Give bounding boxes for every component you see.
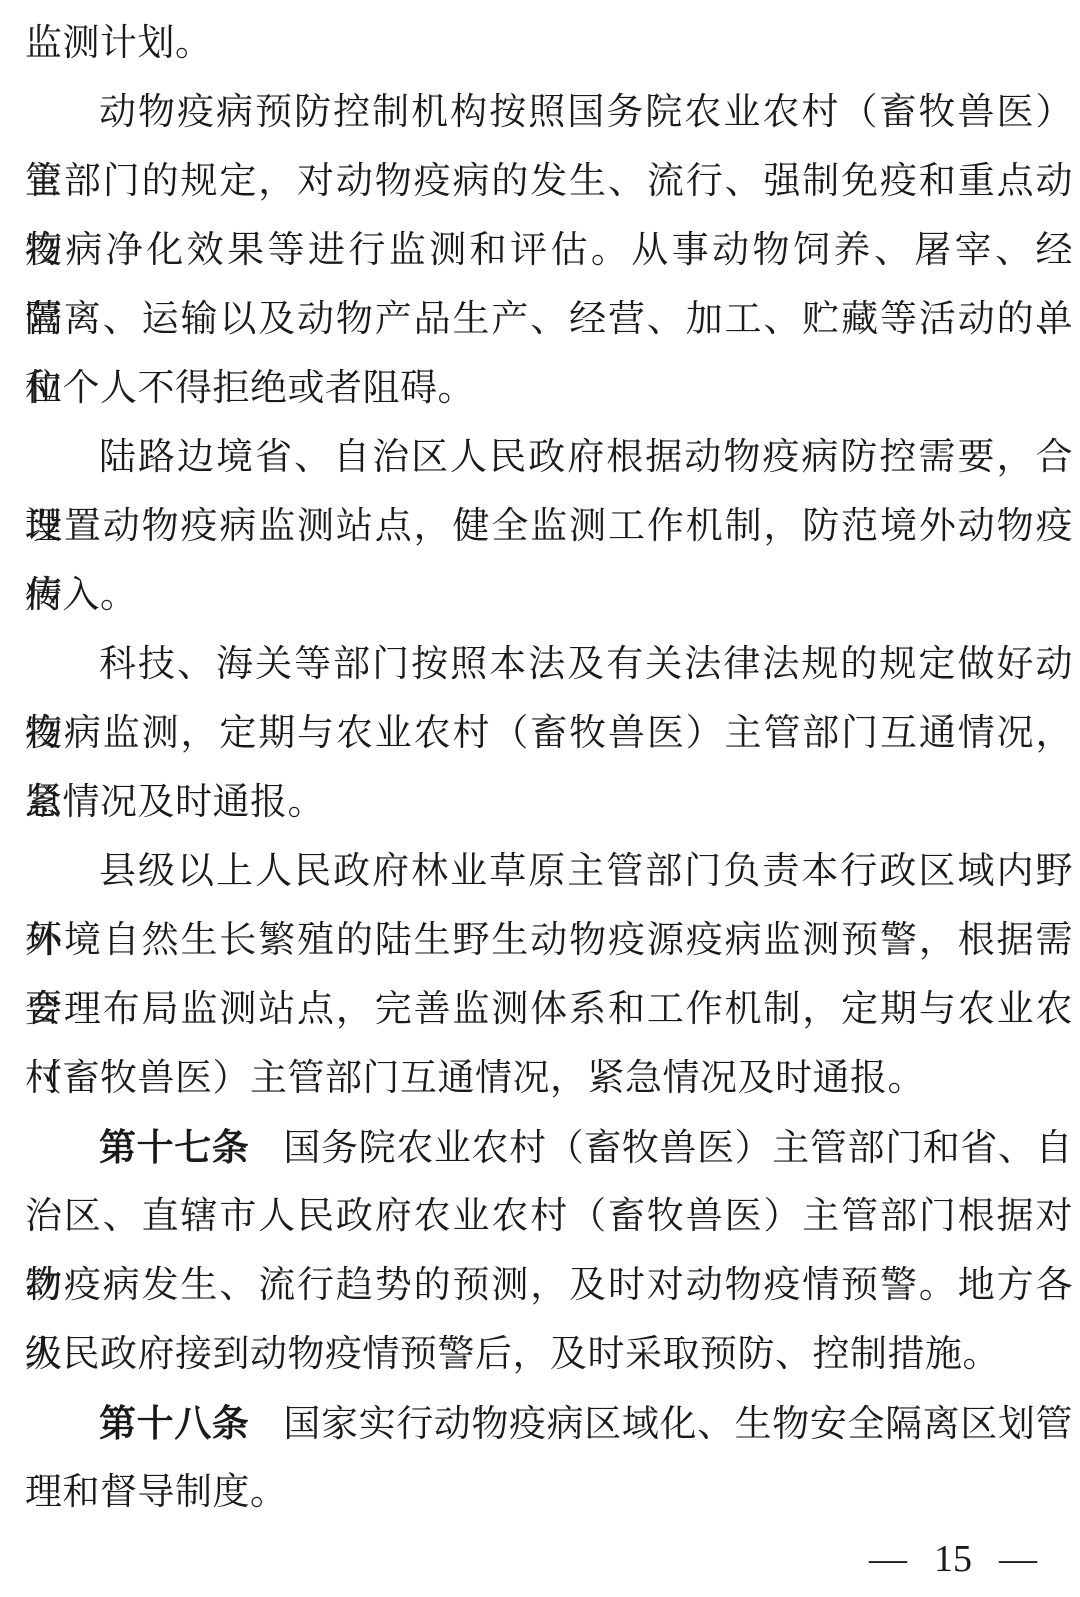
text-line: 动物疫病预防控制机构按照国务院农业农村（畜牧兽医）主 — [25, 78, 1073, 147]
footer-dash-right: — — [999, 1537, 1037, 1581]
article-number: 第十七条 — [99, 1127, 249, 1168]
text-line: 疫病监测，定期与农业农村（畜牧兽医）主管部门互通情况，紧 — [25, 699, 1073, 768]
page-number: 15 — [934, 1537, 972, 1581]
text-line: 第十八条国家实行动物疫病区域化、生物安全隔离区划管 — [25, 1389, 1073, 1458]
text-line: 物疫病发生、流行趋势的预测，及时对动物疫情预警。地方各级 — [25, 1251, 1073, 1320]
document-page: 监测计划。动物疫病预防控制机构按照国务院农业农村（畜牧兽医）主管部门的规定，对动… — [0, 0, 1080, 1597]
text-line: 和个人不得拒绝或者阻碍。 — [25, 354, 1073, 423]
footer-dash-left: — — [869, 1537, 907, 1581]
body-text: 监测计划。动物疫病预防控制机构按照国务院农业农村（畜牧兽医）主管部门的规定，对动… — [25, 9, 1073, 1527]
text-line: 县级以上人民政府林业草原主管部门负责本行政区域内野外 — [25, 837, 1073, 906]
text-line: 管部门的规定，对动物疫病的发生、流行、强制免疫和重点动物 — [25, 147, 1073, 216]
page-footer: — 15 — — [869, 1537, 1037, 1581]
text-line: 科技、海关等部门按照本法及有关法律法规的规定做好动物 — [25, 630, 1073, 699]
text-line: 急情况及时通报。 — [25, 768, 1073, 837]
text-line: 疫病净化效果等进行监测和评估。从事动物饲养、屠宰、经营、 — [25, 216, 1073, 285]
text-line: 理和督导制度。 — [25, 1458, 1073, 1527]
text-line: 陆路边境省、自治区人民政府根据动物疫病防控需要，合理 — [25, 423, 1073, 492]
text-line: 治区、直辖市人民政府农业农村（畜牧兽医）主管部门根据对动 — [25, 1182, 1073, 1251]
text-line: （畜牧兽医）主管部门互通情况，紧急情况及时通报。 — [25, 1044, 1073, 1113]
text-line: 第十七条国务院农业农村（畜牧兽医）主管部门和省、自 — [25, 1113, 1073, 1182]
text-line: 环境自然生长繁殖的陆生野生动物疫源疫病监测预警，根据需要 — [25, 906, 1073, 975]
text-line: 人民政府接到动物疫情预警后，及时采取预防、控制措施。 — [25, 1320, 1073, 1389]
text-line: 合理布局监测站点，完善监测体系和工作机制，定期与农业农村 — [25, 975, 1073, 1044]
text-line: 监测计划。 — [25, 9, 1073, 78]
text-line: 隔离、运输以及动物产品生产、经营、加工、贮藏等活动的单位 — [25, 285, 1073, 354]
text-line: 传入。 — [25, 561, 1073, 630]
article-number: 第十八条 — [99, 1403, 249, 1444]
text-line: 设置动物疫病监测站点，健全监测工作机制，防范境外动物疫病 — [25, 492, 1073, 561]
